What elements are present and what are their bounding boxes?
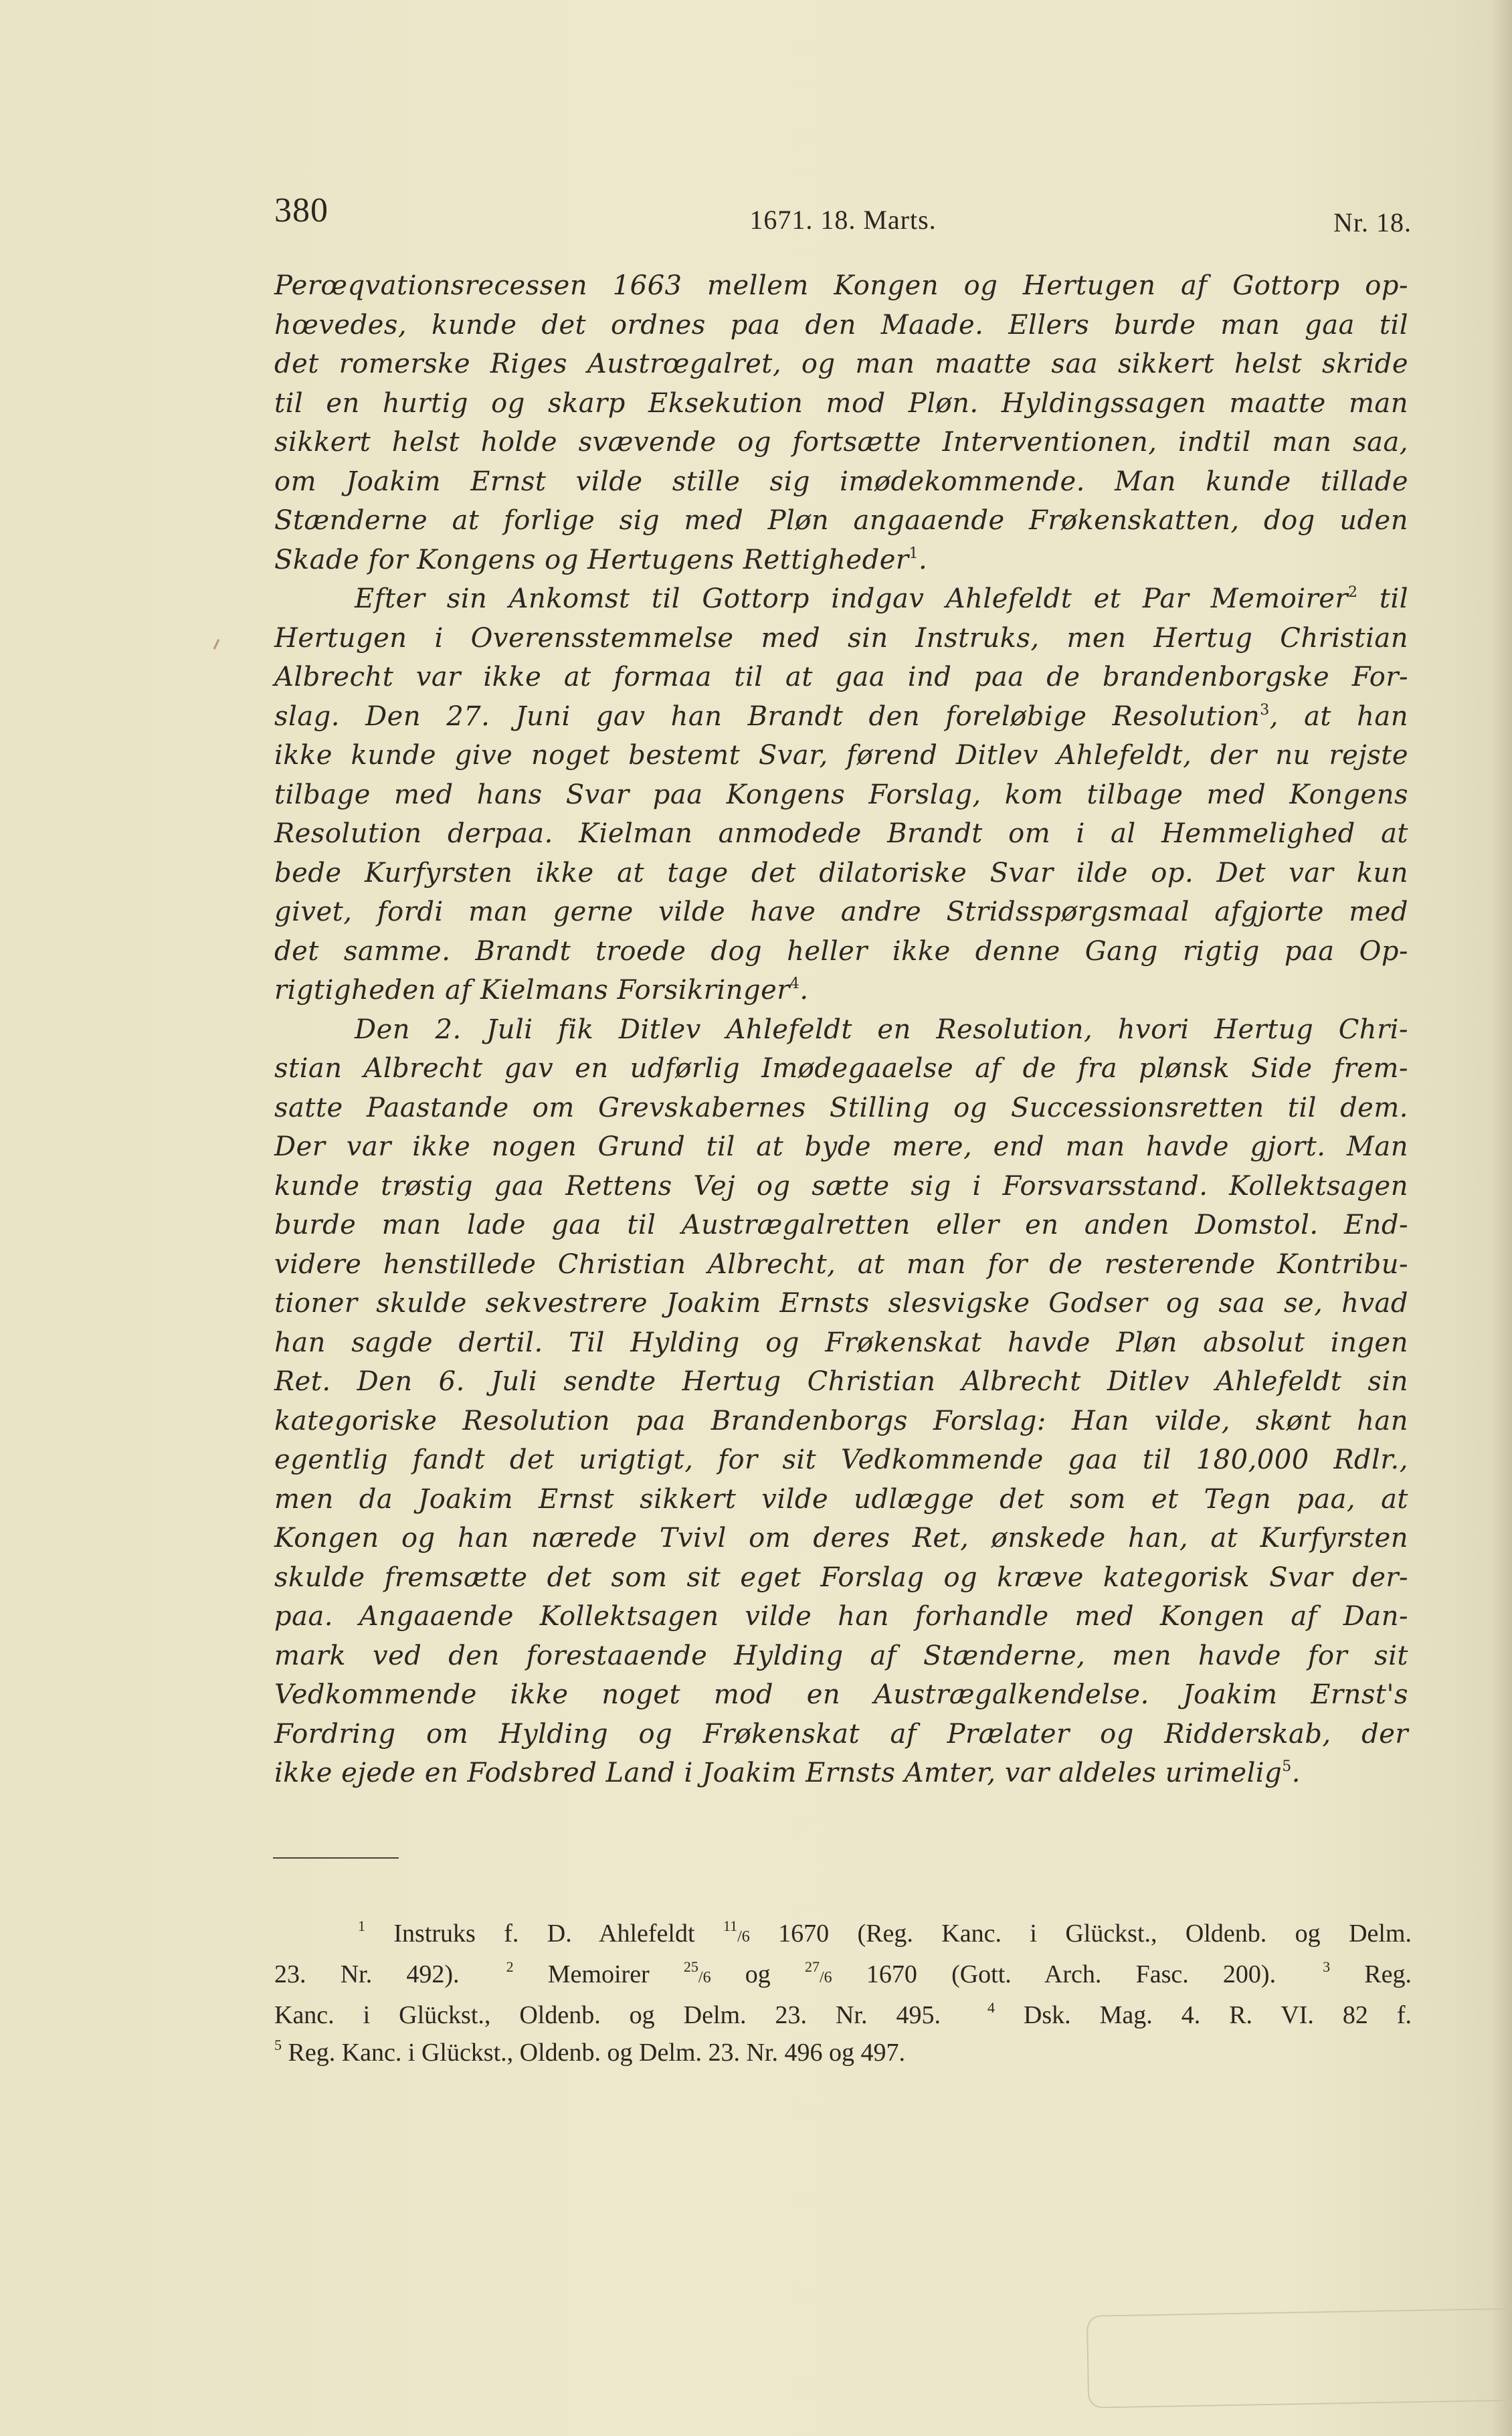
- text-line: skulde fremsætte det som sit eget Forsla…: [274, 1558, 1408, 1598]
- footnote-text: Reg. Kanc. i Glückst., Oldenb. og Delm. …: [282, 2039, 905, 2067]
- footnote-text: Reg.: [1330, 1960, 1412, 1988]
- text-line: ikke kunde give noget bestemt Svar, føre…: [274, 736, 1408, 775]
- fraction-denominator: /6: [737, 1928, 750, 1946]
- text-line: slag. Den 27. Juni gav han Brandt den fo…: [274, 697, 1408, 737]
- text-line: Albrecht var ikke at formaa til at gaa i…: [274, 658, 1408, 697]
- text-line: men da Joakim Ernst sikkert vilde udlægg…: [274, 1480, 1408, 1519]
- text-line: egentlig fandt det urigtigt, for sit Ved…: [274, 1440, 1408, 1480]
- footnote-text: og: [711, 1960, 805, 1988]
- text-line: Fordring om Hylding og Frøkenskat af Præ…: [274, 1715, 1408, 1754]
- text-run: , at han: [1270, 701, 1408, 732]
- date-fraction: 25/6: [684, 1969, 711, 1986]
- paragraph-3: Den 2. Juli fik Ditlev Ahlefeldt en Reso…: [274, 1010, 1408, 1793]
- text-run: Skade for Kongens og Hertugens Rettighed…: [274, 545, 909, 575]
- body-text: Perœqvationsrecessen 1663 mellem Kongen …: [274, 266, 1408, 1793]
- fraction-numerator: 11: [723, 1917, 737, 1934]
- footnote-text: Memoirer: [514, 1960, 684, 1988]
- margin-pencil-mark: [213, 639, 219, 650]
- text-line: hœvedes, kunde det ordnes paa den Maade.…: [274, 306, 1408, 345]
- fraction-numerator: 25: [684, 1958, 698, 1975]
- text-line: han sagde dertil. Til Hylding og Frøkens…: [274, 1323, 1408, 1363]
- text-line: ikke ejede en Fodsbred Land i Joakim Ern…: [274, 1754, 1408, 1793]
- document-number: Nr. 18.: [1333, 207, 1412, 238]
- text-line: Den 2. Juli fik Ditlev Ahlefeldt en Reso…: [274, 1010, 1408, 1050]
- text-line: Vedkommende ikke noget mod en Austrægalk…: [274, 1675, 1408, 1715]
- text-line: tilbage med hans Svar paa Kongens Forsla…: [274, 775, 1408, 815]
- text-line: Resolution derpaa. Kielman anmodede Bran…: [274, 814, 1408, 854]
- text-run: .: [1292, 1758, 1301, 1788]
- text-line: til en hurtig og skarp Eksekution mod Pl…: [274, 384, 1408, 424]
- library-stamp-outline: [1086, 2308, 1512, 2409]
- text-line: videre henstillede Christian Albrecht, a…: [274, 1245, 1408, 1285]
- text-line: Skade for Kongens og Hertugens Rettighed…: [274, 541, 1408, 580]
- text-line: det samme. Brandt troede dog heller ikke…: [274, 932, 1408, 971]
- text-line: tioner skulde sekvestrere Joakim Ernsts …: [274, 1284, 1408, 1323]
- fraction-denominator: /6: [698, 1969, 711, 1986]
- text-line: satte Paastande om Grevskabernes Stillin…: [274, 1089, 1408, 1128]
- paragraph-2: Efter sin Ankomst til Gottorp indgav Ahl…: [274, 579, 1408, 1010]
- text-run: til: [1358, 583, 1409, 614]
- text-line: stian Albrecht gav en udførlig Imødegaae…: [274, 1049, 1408, 1089]
- footnote-ref-5[interactable]: 5: [1282, 1758, 1292, 1775]
- footnote-text: 1670 (Reg. Kanc. i Glückst., Oldenb. og …: [750, 1919, 1412, 1948]
- text-line: mark ved den forestaaende Hylding af Stæ…: [274, 1636, 1408, 1676]
- footnote-text: 23. Nr. 492).: [274, 1960, 460, 1988]
- text-line: Efter sin Ankomst til Gottorp indgav Ahl…: [274, 579, 1408, 619]
- date-fraction: 11/6: [723, 1928, 750, 1946]
- text-line: det romerske Riges Austrœgalret, og man …: [274, 345, 1408, 384]
- text-run: .: [919, 545, 927, 575]
- text-line: givet, fordi man gerne vilde have andre …: [274, 893, 1408, 932]
- text-run: Efter sin Ankomst til Gottorp indgav Ahl…: [355, 583, 1348, 614]
- footnotes: 1 Instruks f. D. Ahlefeldt 11/6 1670 (Re…: [274, 1915, 1412, 2071]
- fraction-numerator: 27: [805, 1958, 820, 1975]
- date-fraction: 27/6: [805, 1969, 832, 1986]
- footnote-line: 1 Instruks f. D. Ahlefeldt 11/6 1670 (Re…: [274, 1915, 1412, 1956]
- footnote-marker-4: 4: [987, 1999, 995, 2016]
- footnote-line: Kanc. i Glückst., Oldenb. og Delm. 23. N…: [274, 1996, 1412, 2034]
- footnote-ref-2[interactable]: 2: [1348, 584, 1358, 601]
- footnote-line: 5 Reg. Kanc. i Glückst., Oldenb. og Delm…: [274, 2034, 1412, 2071]
- footnote-text: 1670 (Gott. Arch. Fasc. 200).: [832, 1960, 1276, 1988]
- running-header: 380 1671. 18. Marts. Nr. 18.: [274, 191, 1412, 244]
- text-line: rigtigheden af Kielmans Forsikringer4.: [274, 971, 1408, 1010]
- footnote-text: Kanc. i Glückst., Oldenb. og Delm. 23. N…: [274, 2001, 941, 2029]
- footnote-ref-3[interactable]: 3: [1260, 702, 1270, 719]
- text-line: Stænderne at forlige sig med Pløn angaae…: [274, 501, 1408, 541]
- page-edge-shadow: [1492, 0, 1512, 2436]
- paragraph-1: Perœqvationsrecessen 1663 mellem Kongen …: [274, 266, 1408, 579]
- text-line: Perœqvationsrecessen 1663 mellem Kongen …: [274, 266, 1408, 306]
- footnote-marker-5: 5: [274, 2037, 282, 2053]
- text-line: Hertugen i Overensstemmelse med sin Inst…: [274, 619, 1408, 658]
- text-line: paa. Angaaende Kollektsagen vilde han fo…: [274, 1597, 1408, 1636]
- footnote-ref-1[interactable]: 1: [909, 545, 919, 562]
- text-line: bede Kurfyrsten ikke at tage det dilator…: [274, 854, 1408, 893]
- text-run: ikke ejede en Fodsbred Land i Joakim Ern…: [274, 1758, 1282, 1788]
- footnote-text: Instruks f. D. Ahlefeldt: [365, 1919, 723, 1948]
- running-title-date: 1671. 18. Marts.: [274, 204, 1412, 236]
- footnote-line: 23. Nr. 492).2 Memoirer 25/6 og 27/6 167…: [274, 1956, 1412, 1996]
- text-line: Ret. Den 6. Juli sendte Hertug Christian…: [274, 1362, 1408, 1402]
- footnote-text: Dsk. Mag. 4. R. VI. 82 f.: [995, 2001, 1412, 2029]
- footnote-marker-1: 1: [358, 1917, 365, 1934]
- footnote-separator-rule: [273, 1857, 399, 1859]
- text-line: sikkert helst holde svævende og fortsætt…: [274, 423, 1408, 462]
- text-line: Der var ikke nogen Grund til at byde mer…: [274, 1127, 1408, 1167]
- scanned-page: 380 1671. 18. Marts. Nr. 18. Perœqvation…: [0, 0, 1512, 2436]
- text-run: rigtigheden af Kielmans Forsikringer: [274, 975, 790, 1006]
- text-line: kunde trøstig gaa Rettens Vej og sætte s…: [274, 1167, 1408, 1206]
- footnote-marker-2: 2: [506, 1958, 514, 1975]
- footnote-marker-3: 3: [1323, 1958, 1330, 1975]
- text-run: slag. Den 27. Juni gav han Brandt den fo…: [274, 701, 1260, 732]
- text-line: Kongen og han nærede Tvivl om deres Ret,…: [274, 1519, 1408, 1558]
- fraction-denominator: /6: [820, 1969, 832, 1986]
- text-line: burde man lade gaa til Austrægalretten e…: [274, 1206, 1408, 1245]
- text-run: .: [799, 975, 808, 1006]
- text-line: om Joakim Ernst vilde stille sig imødeko…: [274, 462, 1408, 502]
- footnote-ref-4[interactable]: 4: [790, 975, 800, 992]
- text-line: kategoriske Resolution paa Brandenborgs …: [274, 1402, 1408, 1441]
